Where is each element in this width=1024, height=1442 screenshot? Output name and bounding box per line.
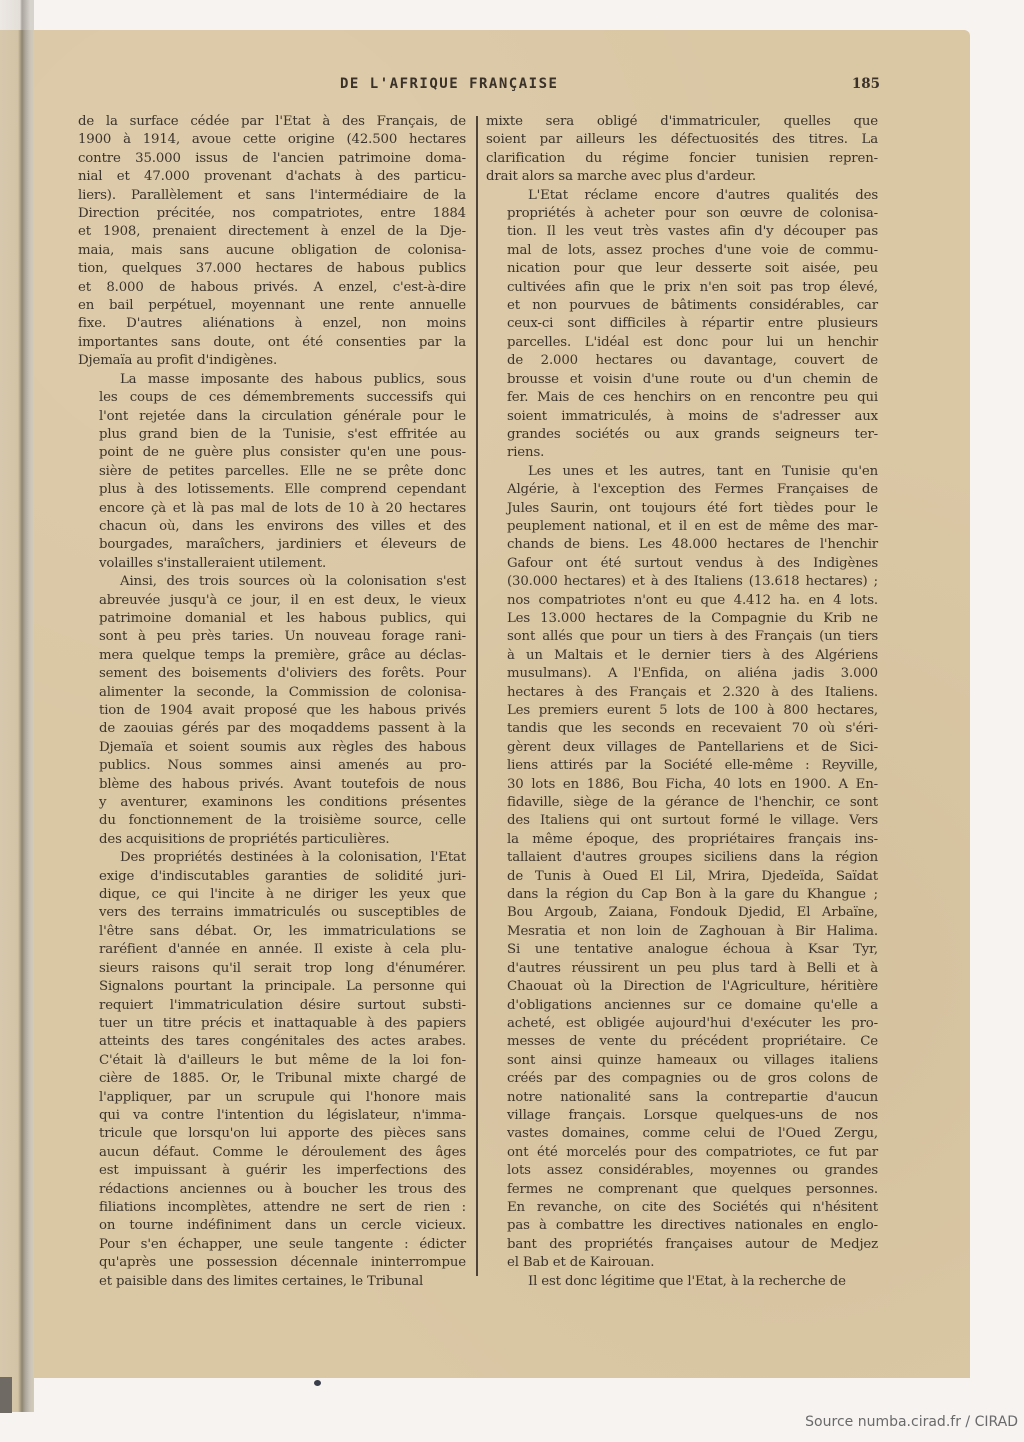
text-line: des Italiens qui ont surtout formé le vi…: [486, 812, 878, 830]
text-line: de Tunis à Oued El Lil, Mrira, Djedeïda,…: [486, 868, 878, 886]
text-line: soient par ailleurs les défectuosités de…: [486, 131, 878, 149]
text-line: Djemaïa au profit d'indigènes.: [78, 352, 466, 370]
text-line: tion de 1904 avait proposé que les habou…: [78, 702, 466, 720]
text-line: qui va contre l'intention du législateur…: [78, 1107, 466, 1125]
text-line: encore çà et là pas mal de lots de 10 à …: [78, 500, 466, 518]
text-line: l'ont rejetée dans la circulation généra…: [78, 408, 466, 426]
text-line: pas à combattre les directives nationale…: [486, 1217, 878, 1235]
text-line: les coups de ces démembrements successif…: [78, 389, 466, 407]
text-line: d'autres réussirent un peu plus tard à B…: [486, 960, 878, 978]
text-line: sont ainsi quinze hameaux ou villages it…: [486, 1052, 878, 1070]
text-line: Les 13.000 hectares de la Compagnie du K…: [486, 610, 878, 628]
text-line: chacun où, dans les environs des villes …: [78, 518, 466, 536]
text-line: Djemaïa et soient soumis aux règles des …: [78, 739, 466, 757]
text-line: Jules Saurin, ont toujours été fort tièd…: [486, 500, 878, 518]
text-line: 30 lots en 1886, Bou Ficha, 40 lots en 1…: [486, 776, 878, 794]
text-line: qu'après une possession décennale ininte…: [78, 1254, 466, 1272]
text-line: Algérie, à l'exception des Fermes França…: [486, 481, 878, 499]
text-line: y aventurer, examinons les conditions pr…: [78, 794, 466, 812]
text-line: la même époque, des propriétaires frança…: [486, 831, 878, 849]
text-line: de 2.000 hectares ou davantage, couvert …: [486, 352, 878, 370]
text-line: alimenter la seconde, la Commission de c…: [78, 684, 466, 702]
text-line: à un Maltais et le dernier tiers à des A…: [486, 647, 878, 665]
page-number: 185: [852, 76, 880, 92]
text-line: abreuvée jusqu'à ce jour, il en est deux…: [78, 592, 466, 610]
text-line: ont été morcelés pour des compatriotes, …: [486, 1144, 878, 1162]
scanner-bed-edge-top: [0, 0, 34, 30]
text-line: musulmans). A l'Enfida, on aliéna jadis …: [486, 665, 878, 683]
text-line: et 1908, prenaient directement à enzel d…: [78, 223, 466, 241]
text-line: riens.: [486, 444, 878, 462]
text-line: 1900 à 1914, avoue cette origine (42.500…: [78, 131, 466, 149]
text-line: soient immatriculés, à moins de s'adress…: [486, 408, 878, 426]
right-column: mixte sera obligé d'immatriculer, quelle…: [486, 113, 878, 1291]
text-line: blème des habous privés. Avant toutefois…: [78, 776, 466, 794]
text-line: brousse et voisin d'une route ou d'un ch…: [486, 371, 878, 389]
text-line: sont à peu près taries. Un nouveau forag…: [78, 628, 466, 646]
scanner-bed-edge: [0, 0, 34, 1412]
paragraph: La masse imposante des habous publics, s…: [78, 371, 466, 573]
text-line: fidaville, siège de la gérance de l'henc…: [486, 794, 878, 812]
column-divider: [476, 116, 478, 1276]
text-line: nos compatriotes n'ont eu que 4.412 ha. …: [486, 592, 878, 610]
paragraph: Ainsi, des trois sources où la colonisat…: [78, 573, 466, 849]
text-line: bant des propriétés françaises autour de…: [486, 1236, 878, 1254]
text-line: exige d'indiscutables garanties de solid…: [78, 868, 466, 886]
text-line: patrimoine domanial et les habous public…: [78, 610, 466, 628]
text-line: ceux-ci sont difficiles à répartir entre…: [486, 315, 878, 333]
text-line: chands de biens. Les 48.000 hectares de …: [486, 536, 878, 554]
text-line: sière de petites parcelles. Elle ne se p…: [78, 463, 466, 481]
text-line: du fonctionnement de la troisième source…: [78, 812, 466, 830]
text-line: volailles s'installeraient utilement.: [78, 555, 466, 573]
text-line: fixe. D'autres aliénations à enzel, non …: [78, 315, 466, 333]
text-line: fermes ne comprenant que quelques person…: [486, 1181, 878, 1199]
scanner-bed-edge-bottom: [0, 1377, 12, 1413]
text-line: propriétés à acheter pour son œuvre de c…: [486, 205, 878, 223]
text-line: mera quelque temps la première, grâce au…: [78, 647, 466, 665]
text-line: on tourne indéfiniment dans un cercle vi…: [78, 1217, 466, 1235]
text-line: parcelles. L'idéal est donc pour lui un …: [486, 334, 878, 352]
text-line: Direction précitée, nos compatriotes, en…: [78, 205, 466, 223]
text-line: Des propriétés destinées à la colonisati…: [78, 849, 466, 867]
text-line: sont allés que pour un tiers à des Franç…: [486, 628, 878, 646]
text-line: publics. Nous sommes ainsi amenés au pro…: [78, 757, 466, 775]
text-line: Gafour ont été surtout vendus à des Indi…: [486, 555, 878, 573]
text-line: contre 35.000 issus de l'ancien patrimoi…: [78, 150, 466, 168]
running-title: DE L'AFRIQUE FRANÇAISE: [340, 76, 558, 92]
paragraph: de la surface cédée par l'Etat à des Fra…: [78, 113, 466, 371]
text-line: vers des terrains immatriculés ou suscep…: [78, 904, 466, 922]
paragraph: mixte sera obligé d'immatriculer, quelle…: [486, 113, 878, 187]
paragraph: L'Etat réclame encore d'autres qualités …: [486, 187, 878, 463]
page-header: DE L'AFRIQUE FRANÇAISE 185: [340, 76, 880, 98]
text-line: atteints des tares congénitales des acte…: [78, 1033, 466, 1051]
text-line: fer. Mais de ces henchirs on en rencontr…: [486, 389, 878, 407]
text-line: est impuissant à guérir les imperfection…: [78, 1162, 466, 1180]
text-line: L'Etat réclame encore d'autres qualités …: [486, 187, 878, 205]
text-line: tuer un titre précis et inattaquable à d…: [78, 1015, 466, 1033]
text-line: Pour s'en échapper, une seule tangente :…: [78, 1236, 466, 1254]
text-line: de zaouias gérés par des moqaddems passe…: [78, 720, 466, 738]
text-line: peuplement national, et il en est de mêm…: [486, 518, 878, 536]
text-line: rédactions anciennes ou à boucher les tr…: [78, 1181, 466, 1199]
text-line: clarification du régime foncier tunisien…: [486, 150, 878, 168]
text-line: nication pour que leur desserte soit ais…: [486, 260, 878, 278]
text-line: liers). Parallèlement et sans l'interméd…: [78, 187, 466, 205]
source-credit: Source numba.cirad.fr / CIRAD: [805, 1414, 1018, 1430]
text-line: d'obligations anciennes sur ce domaine q…: [486, 997, 878, 1015]
text-line: créés par des compagnies ou de gros colo…: [486, 1070, 878, 1088]
ink-blot: [314, 1380, 321, 1386]
text-line: hectares à des Français et 2.320 à des I…: [486, 684, 878, 702]
text-line: et 8.000 de habous privés. A enzel, c'es…: [78, 279, 466, 297]
text-line: importantes sans doute, ont été consenti…: [78, 334, 466, 352]
text-line: mal de lots, assez proches d'une voie de…: [486, 242, 878, 260]
text-line: gèrent deux villages de Pantellariens et…: [486, 739, 878, 757]
text-line: Chaouat où la Direction de l'Agriculture…: [486, 978, 878, 996]
text-line: cultivées afin que le prix n'en soit pas…: [486, 279, 878, 297]
text-line: l'être sans débat. Or, les immatriculati…: [78, 923, 466, 941]
text-line: tricule que lorsqu'on lui apporte des pi…: [78, 1125, 466, 1143]
text-line: raréfient d'année en année. Il existe à …: [78, 941, 466, 959]
text-line: tion, quelques 37.000 hectares de habous…: [78, 260, 466, 278]
text-line: mixte sera obligé d'immatriculer, quelle…: [486, 113, 878, 131]
text-line: Il est donc légitime que l'Etat, à la re…: [486, 1273, 878, 1291]
text-line: Les unes et les autres, tant en Tunisie …: [486, 463, 878, 481]
text-line: La masse imposante des habous publics, s…: [78, 371, 466, 389]
text-line: Signalons pourtant la principale. La per…: [78, 978, 466, 996]
paragraph: Des propriétés destinées à la colonisati…: [78, 849, 466, 1291]
text-line: et paisible dans des limites certaines, …: [78, 1273, 466, 1291]
text-line: en bail perpétuel, moyennant une rente a…: [78, 297, 466, 315]
text-line: acheté, est obligée aujourd'hui d'exécut…: [486, 1015, 878, 1033]
text-line: Ainsi, des trois sources où la colonisat…: [78, 573, 466, 591]
text-line: bourgades, maraîchers, jardiniers et éle…: [78, 536, 466, 554]
text-line: requiert l'immatriculation désire surtou…: [78, 997, 466, 1015]
text-line: de la surface cédée par l'Etat à des Fra…: [78, 113, 466, 131]
text-line: notre nationalité sans la contrepartie d…: [486, 1089, 878, 1107]
text-line: village français. Lorsque quelques-uns d…: [486, 1107, 878, 1125]
text-line: tion. Il les veut très vastes afin d'y d…: [486, 223, 878, 241]
text-line: dique, ce qui l'incite à ne diriger les …: [78, 886, 466, 904]
text-line: messes de vente du précédent propriétair…: [486, 1033, 878, 1051]
text-line: C'était là d'ailleurs le but même de la …: [78, 1052, 466, 1070]
text-line: filiations incomplètes, attendre ne sert…: [78, 1199, 466, 1217]
text-line: dans la région du Cap Bon à la gare du K…: [486, 886, 878, 904]
text-line: nial et 47.000 provenant d'achats à des …: [78, 168, 466, 186]
text-line: plus grand bien de la Tunisie, s'est eff…: [78, 426, 466, 444]
text-line: vastes domaines, comme celui de l'Oued Z…: [486, 1125, 878, 1143]
text-line: liens attirés par la Société elle-même :…: [486, 757, 878, 775]
text-line: cière de 1885. Or, le Tribunal mixte cha…: [78, 1070, 466, 1088]
paragraph: Il est donc légitime que l'Etat, à la re…: [486, 1273, 878, 1291]
text-line: point de ne guère plus consister qu'en u…: [78, 444, 466, 462]
text-line: tallaient d'autres groupes siciliens dan…: [486, 849, 878, 867]
text-line: sement des boisements d'oliviers des for…: [78, 665, 466, 683]
text-line: En revanche, on cite des Sociétés qui n'…: [486, 1199, 878, 1217]
text-line: et non pourvues de bâtiments considérabl…: [486, 297, 878, 315]
text-line: grandes sociétés ou aux grands seigneurs…: [486, 426, 878, 444]
paragraph: Les unes et les autres, tant en Tunisie …: [486, 463, 878, 1273]
text-line: maia, mais sans aucune obligation de col…: [78, 242, 466, 260]
text-line: drait alors sa marche avec plus d'ardeur…: [486, 168, 878, 186]
text-line: l'appliquer, par un scrupule qui l'honor…: [78, 1089, 466, 1107]
text-line: Si une tentative analogue échoua à Ksar …: [486, 941, 878, 959]
text-line: aucun défaut. Comme le déroulement des â…: [78, 1144, 466, 1162]
left-column: de la surface cédée par l'Etat à des Fra…: [78, 113, 466, 1291]
text-line: plus à des lotissements. Elle comprend c…: [78, 481, 466, 499]
text-line: lots assez considérables, moyennes ou gr…: [486, 1162, 878, 1180]
text-line: Les premiers eurent 5 lots de 100 à 800 …: [486, 702, 878, 720]
text-line: (30.000 hectares) et à des Italiens (13.…: [486, 573, 878, 591]
text-line: el Bab et de Kairouan.: [486, 1254, 878, 1272]
text-line: Bou Argoub, Zaiana, Fondouk Djedid, El A…: [486, 904, 878, 922]
text-line: sieurs raisons qu'il serait trop long d'…: [78, 960, 466, 978]
text-line: des acquisitions de propriétés particuli…: [78, 831, 466, 849]
text-line: Mesratia et non loin de Zaghouan à Bir H…: [486, 923, 878, 941]
text-line: tandis que les seconds en recevaient 70 …: [486, 720, 878, 738]
